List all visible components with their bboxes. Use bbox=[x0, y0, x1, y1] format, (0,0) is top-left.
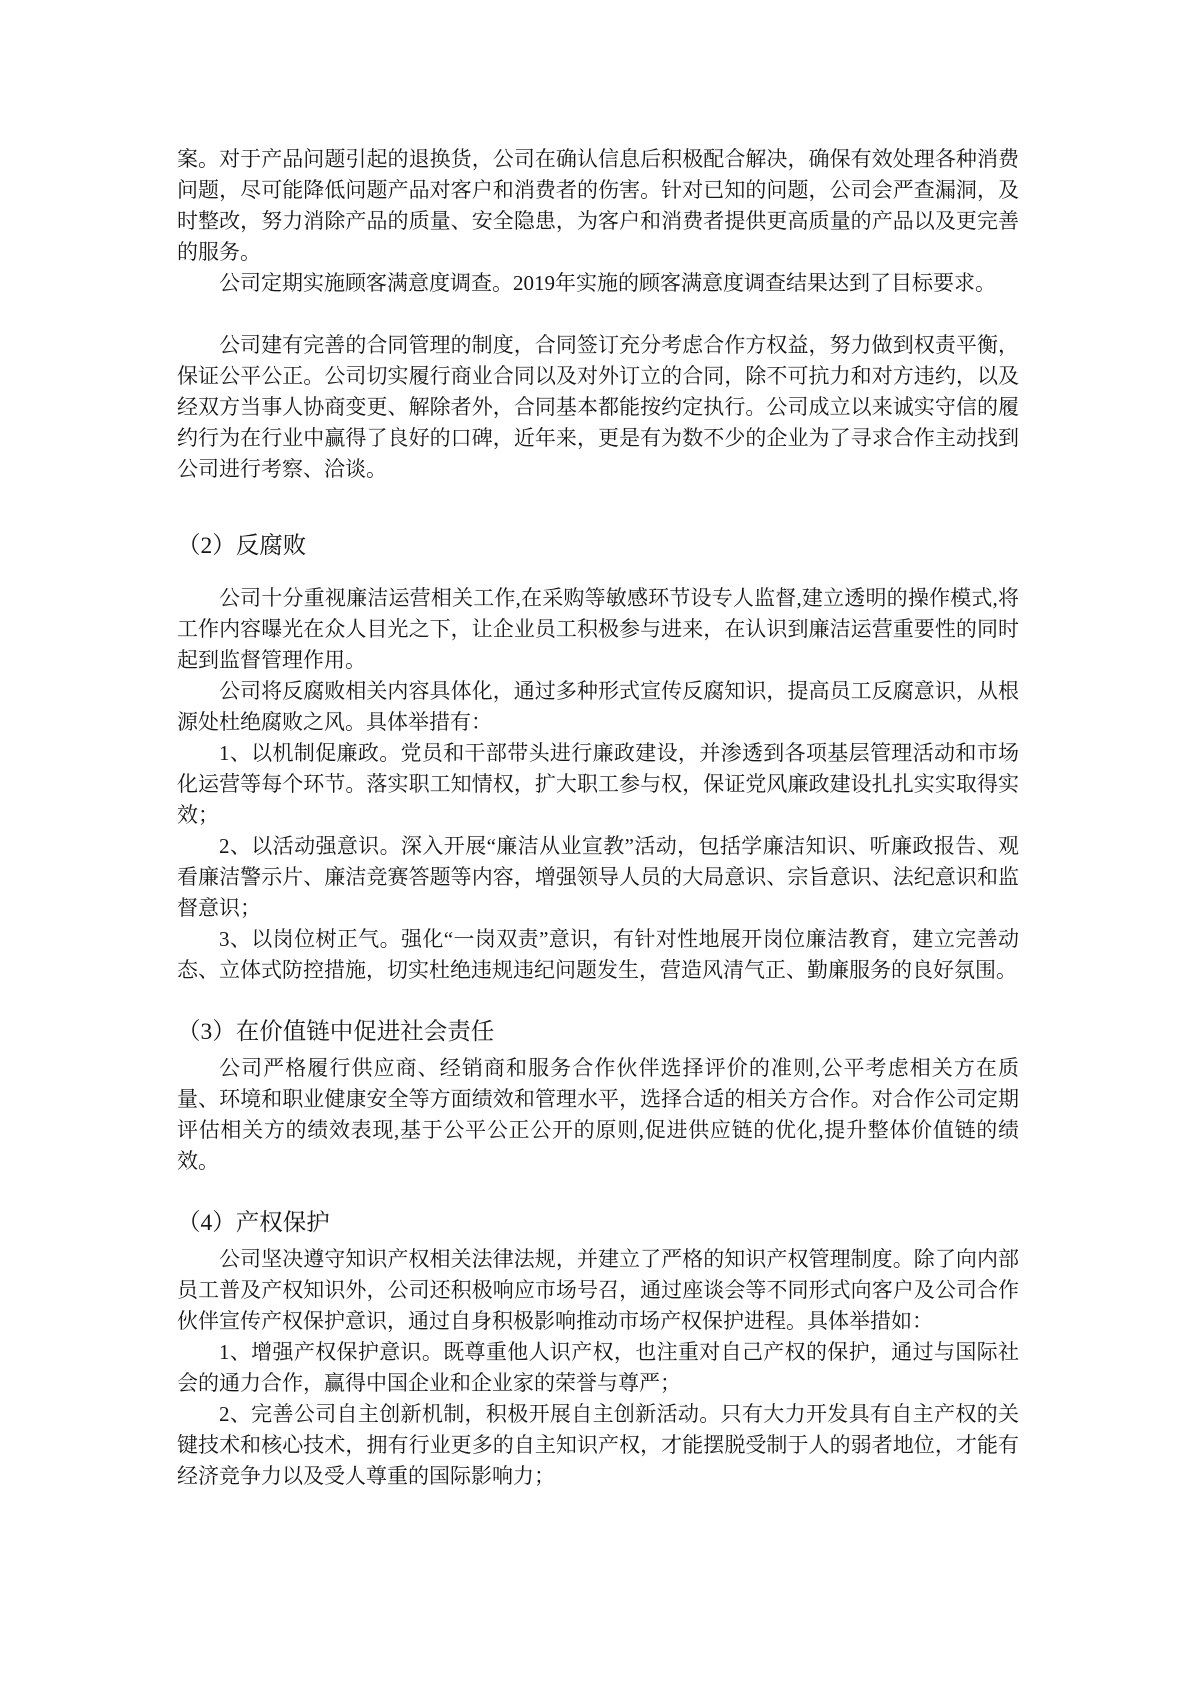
heading-anti-corruption: （2）反腐败 bbox=[177, 529, 1019, 563]
document-page: 案。对于产品问题引起的退换货，公司在确认信息后积极配合解决，确保有效处理各种消费… bbox=[0, 0, 1190, 1683]
para-supplier-selection: 公司严格履行供应商、经销商和服务合作伙伴选择评价的准则,公平考虑相关方在质量、环… bbox=[177, 1053, 1019, 1177]
para-integrity-operations: 公司十分重视廉洁运营相关工作,在采购等敏感环节设专人监督,建立透明的操作模式,将… bbox=[177, 583, 1019, 676]
para-measure-3-positions: 3、以岗位树正气。强化“一岗双责”意识，有针对性地展开岗位廉洁教育，建立完善动态… bbox=[177, 924, 1019, 986]
para-contract-management: 公司建有完善的合同管理的制度，合同签订充分考虑合作方权益，努力做到权责平衡，保证… bbox=[177, 330, 1019, 485]
para-customer-satisfaction-survey: 公司定期实施顾客满意度调查。2019年实施的顾客满意度调查结果达到了目标要求。 bbox=[177, 268, 1019, 299]
para-anti-corruption-publicity: 公司将反腐败相关内容具体化，通过多种形式宣传反腐知识，提高员工反腐意识，从根源处… bbox=[177, 676, 1019, 738]
para-ip-measure-2-innovation: 2、完善公司自主创新机制，积极开展自主创新活动。只有大力开发具有自主产权的关键技… bbox=[177, 1399, 1019, 1492]
para-product-returns-continuation: 案。对于产品问题引起的退换货，公司在确认信息后积极配合解决，确保有效处理各种消费… bbox=[177, 144, 1019, 268]
para-ip-measure-1-awareness: 1、增强产权保护意识。既尊重他人识产权，也注重对自己产权的保护，通过与国际社会的… bbox=[177, 1337, 1019, 1399]
document-content: 案。对于产品问题引起的退换货，公司在确认信息后积极配合解决，确保有效处理各种消费… bbox=[177, 144, 1019, 1492]
heading-ip-protection: （4）产权保护 bbox=[177, 1206, 1019, 1240]
heading-value-chain-csr: （3）在价值链中促进社会责任 bbox=[177, 1015, 1019, 1049]
para-ip-management-system: 公司坚决遵守知识产权相关法律法规，并建立了严格的知识产权管理制度。除了向内部员工… bbox=[177, 1244, 1019, 1337]
para-measure-2-activities: 2、以活动强意识。深入开展“廉洁从业宣教”活动，包括学廉洁知识、听廉政报告、观看… bbox=[177, 831, 1019, 924]
para-measure-1-mechanism: 1、以机制促廉政。党员和干部带头进行廉政建设，并渗透到各项基层管理活动和市场化运… bbox=[177, 738, 1019, 831]
